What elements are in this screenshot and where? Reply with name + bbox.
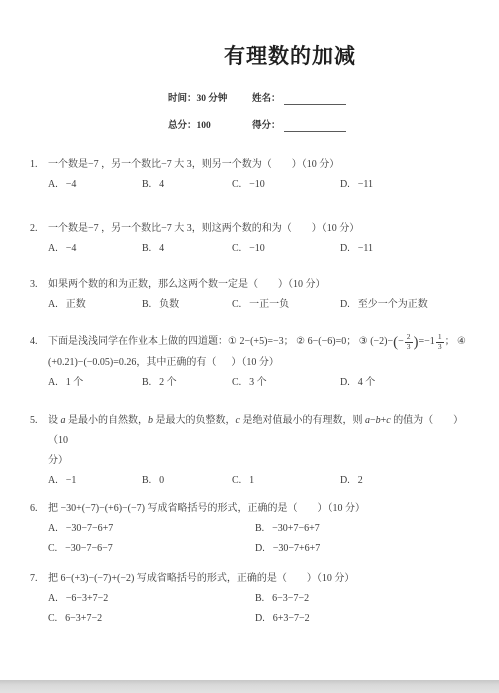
question-5-number: 5. — [30, 411, 48, 451]
question-1-number: 1. — [30, 155, 48, 175]
question-3-options: A.正数 B.负数 C.一正一负 D.至少一个为正数 — [30, 295, 473, 315]
option-c: C.3 个 — [232, 373, 340, 393]
question-4-options: A.1 个 B.2 个 C.3 个 D.4 个 — [30, 373, 473, 393]
option-c: C.−10 — [232, 175, 340, 195]
question-3-number: 3. — [30, 275, 48, 295]
option-c: C.一正一负 — [232, 295, 340, 315]
option-b: B.2 个 — [142, 373, 232, 393]
header-block: 时间：30 分钟 姓名： 总分：100 得分： — [168, 94, 499, 132]
question-7-options-row-2: C.6−3+7−2 D.6+3−7−2 — [30, 609, 473, 629]
question-5-options: A.−1 B.0 C.1 D.2 — [30, 471, 473, 491]
option-a: A.−4 — [48, 175, 142, 195]
option-c: C.1 — [232, 471, 340, 491]
name-blank — [284, 95, 346, 105]
option-c: C.−10 — [232, 239, 340, 259]
name-label: 姓名： — [252, 94, 281, 105]
question-4-number: 4. — [30, 332, 48, 353]
question-1-text: 一个数是−7 ，另一个数比−7 大 3，则另一个数为（ ）（10 分） — [48, 155, 473, 175]
option-a: A.−4 — [48, 239, 142, 259]
fraction-one-third: 13 — [436, 333, 444, 351]
header-row-2: 总分：100 得分： — [168, 121, 499, 132]
question-5-text-line2: 分） — [30, 451, 473, 471]
option-b: B.4 — [142, 239, 232, 259]
question-6-number: 6. — [30, 499, 48, 519]
option-c: C.−30−7−6−7 — [48, 539, 255, 559]
question-2-text: 一个数是−7 ，另一个数比−7 大 3，则这两个数的和为（ ）（10 分） — [48, 219, 473, 239]
option-b: B.6−3−7−2 — [255, 589, 473, 609]
worksheet-page: 有理数的加减 时间：30 分钟 姓名： 总分：100 得分： 1. 一个数是−7… — [0, 0, 499, 680]
question-6-options-row-2: C.−30−7−6−7 D.−30−7+6+7 — [30, 539, 473, 559]
option-a: A.正数 — [48, 295, 142, 315]
total-label: 总分：100 — [168, 121, 252, 132]
page-title: 有理数的加减 — [81, 0, 499, 70]
header-row-1: 时间：30 分钟 姓名： — [168, 94, 499, 105]
question-4-text-line1: 下面是浅浅同学在作业本上做的四道题：① 2−(+5)=−3； ② 6−(−6)=… — [48, 332, 473, 353]
question-1-options: A.−4 B.4 C.−10 D.−11 — [30, 175, 473, 195]
fraction-two-thirds: 23 — [405, 333, 413, 351]
question-2-number: 2. — [30, 219, 48, 239]
question-5: 5. 设 a 是最小的自然数，b 是最大的负整数，c 是绝对值最小的有理数，则 … — [30, 411, 473, 491]
option-b: B.负数 — [142, 295, 232, 315]
score-blank — [284, 122, 346, 132]
option-a: A.−6−3+7−2 — [48, 589, 255, 609]
option-d: D.−11 — [340, 175, 473, 195]
option-b: B.4 — [142, 175, 232, 195]
option-a: A.−30−7−6+7 — [48, 519, 255, 539]
question-2: 2. 一个数是−7 ，另一个数比−7 大 3，则这两个数的和为（ ）（10 分）… — [30, 219, 473, 259]
score-label: 得分： — [252, 121, 281, 132]
question-6: 6. 把 −30+(−7)−(+6)−(−7) 写成省略括号的形式，正确的是（ … — [30, 499, 473, 559]
question-2-options: A.−4 B.4 C.−10 D.−11 — [30, 239, 473, 259]
option-d: D.4 个 — [340, 373, 473, 393]
questions-section: 1. 一个数是−7 ，另一个数比−7 大 3，则另一个数为（ ）（10 分） A… — [30, 155, 473, 629]
page-bottom-edge — [0, 680, 499, 693]
question-7: 7. 把 6−(+3)−(−7)+(−2) 写成省略括号的形式，正确的是（ ）（… — [30, 569, 473, 629]
question-6-options-row-1: A.−30−7−6+7 B.−30+7−6+7 — [30, 519, 473, 539]
option-d: D.至少一个为正数 — [340, 295, 473, 315]
question-4: 4. 下面是浅浅同学在作业本上做的四道题：① 2−(+5)=−3； ② 6−(−… — [30, 332, 473, 393]
option-b: B.−30+7−6+7 — [255, 519, 473, 539]
question-7-options-row-1: A.−6−3+7−2 B.6−3−7−2 — [30, 589, 473, 609]
option-d: D.−11 — [340, 239, 473, 259]
question-3-text: 如果两个数的和为正数，那么这两个数一定是（ ）（10 分） — [48, 275, 473, 295]
option-b: B.0 — [142, 471, 232, 491]
question-6-text: 把 −30+(−7)−(+6)−(−7) 写成省略括号的形式，正确的是（ ）（1… — [48, 499, 473, 519]
option-d: D.−30−7+6+7 — [255, 539, 473, 559]
option-a: A.−1 — [48, 471, 142, 491]
option-d: D.2 — [340, 471, 473, 491]
time-label: 时间：30 分钟 — [168, 94, 252, 105]
question-1: 1. 一个数是−7 ，另一个数比−7 大 3，则另一个数为（ ）（10 分） A… — [30, 155, 473, 195]
option-a: A.1 个 — [48, 373, 142, 393]
question-7-number: 7. — [30, 569, 48, 589]
option-c: C.6−3+7−2 — [48, 609, 255, 629]
question-4-text-line2: (+0.21)−(−0.05)=0.26，其中正确的有（ ）（10 分） — [30, 353, 473, 373]
question-5-text-line1: 设 a 是最小的自然数，b 是最大的负整数，c 是绝对值最小的有理数，则 a−b… — [48, 411, 473, 451]
question-3: 3. 如果两个数的和为正数，那么这两个数一定是（ ）（10 分） A.正数 B.… — [30, 275, 473, 315]
option-d: D.6+3−7−2 — [255, 609, 473, 629]
question-7-text: 把 6−(+3)−(−7)+(−2) 写成省略括号的形式，正确的是（ ）（10 … — [48, 569, 473, 589]
